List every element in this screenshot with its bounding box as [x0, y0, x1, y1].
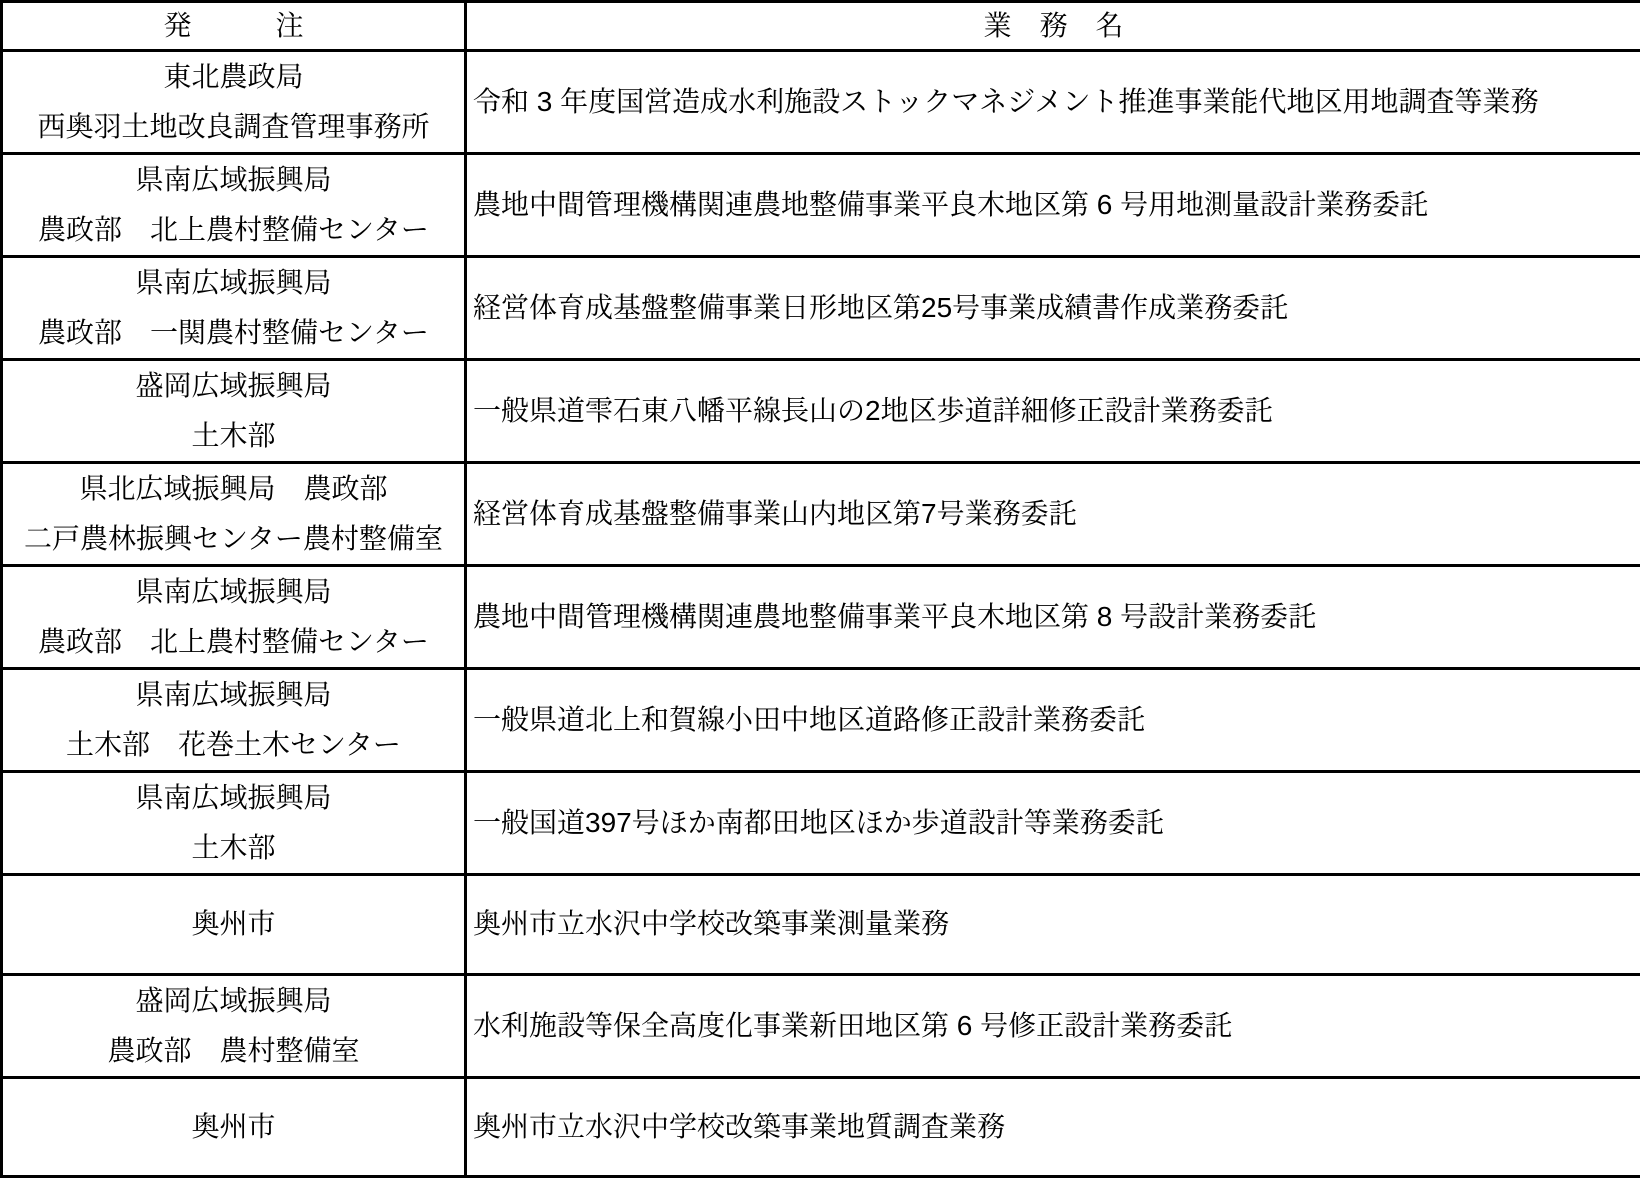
task-cell: 経営体育成基盤整備事業日形地区第25号事業成績書作成業務委託	[466, 257, 1640, 360]
client-line: 西奥羽土地改良調査管理事務所	[7, 102, 460, 152]
client-cell: 盛岡広域振興局農政部 農村整備室	[2, 974, 466, 1077]
client-cell: 県南広域振興局農政部 北上農村整備センター	[2, 566, 466, 669]
task-name: 奥州市立水沢中学校改築事業地質調査業務	[473, 1110, 1634, 1144]
client-line: 県南広域振興局	[7, 258, 460, 308]
task-name: 経営体育成基盤整備事業日形地区第25号事業成績書作成業務委託	[473, 291, 1634, 325]
task-name: 一般国道397号ほか南都田地区ほか歩道設計等業務委託	[473, 806, 1634, 840]
table-row: 奥州市 奥州市立水沢中学校改築事業地質調査業務	[2, 1077, 1640, 1177]
table-row: 盛岡広域振興局農政部 農村整備室 水利施設等保全高度化事業新田地区第 6 号修正…	[2, 974, 1640, 1077]
task-cell: 一般県道雫石東八幡平線長山の2地区歩道詳細修正設計業務委託	[466, 360, 1640, 463]
task-name: 奥州市立水沢中学校改築事業測量業務	[473, 907, 1634, 941]
client-line: 県南広域振興局	[7, 773, 460, 823]
table-row: 県南広域振興局土木部 一般国道397号ほか南都田地区ほか歩道設計等業務委託	[2, 772, 1640, 875]
table-row: 県南広域振興局土木部 花巻土木センター 一般県道北上和賀線小田中地区道路修正設計…	[2, 669, 1640, 772]
task-cell: 水利施設等保全高度化事業新田地区第 6 号修正設計業務委託	[466, 974, 1640, 1077]
client-cell: 県南広域振興局土木部 花巻土木センター	[2, 669, 466, 772]
client-line: 農政部 一関農村整備センター	[7, 308, 460, 358]
client-line: 土木部 花巻土木センター	[7, 720, 460, 770]
table-header-row: 発 注 業 務 名	[2, 2, 1640, 51]
procurement-table: 発 注 業 務 名 東北農政局西奥羽土地改良調査管理事務所 令和 3 年度国営造…	[0, 0, 1640, 1178]
client-line: 農政部 北上農村整備センター	[7, 617, 460, 667]
client-cell: 東北農政局西奥羽土地改良調査管理事務所	[2, 51, 466, 154]
task-cell: 一般国道397号ほか南都田地区ほか歩道設計等業務委託	[466, 772, 1640, 875]
client-line: 県北広域振興局 農政部	[7, 464, 460, 514]
table-row: 県南広域振興局農政部 北上農村整備センター 農地中間管理機構関連農地整備事業平良…	[2, 154, 1640, 257]
task-cell: 奥州市立水沢中学校改築事業地質調査業務	[466, 1077, 1640, 1177]
client-line: 農政部 北上農村整備センター	[7, 205, 460, 255]
client-line: 土木部	[7, 823, 460, 873]
table-row: 県南広域振興局農政部 北上農村整備センター 農地中間管理機構関連農地整備事業平良…	[2, 566, 1640, 669]
client-line: 県南広域振興局	[7, 567, 460, 617]
task-name: 一般県道雫石東八幡平線長山の2地区歩道詳細修正設計業務委託	[473, 394, 1634, 428]
column-header-task: 業 務 名	[466, 2, 1640, 51]
client-line: 盛岡広域振興局	[7, 361, 460, 411]
client-line: 奥州市	[7, 1102, 460, 1152]
client-line: 県南広域振興局	[7, 670, 460, 720]
client-cell: 盛岡広域振興局土木部	[2, 360, 466, 463]
client-line: 土木部	[7, 411, 460, 461]
table-row: 東北農政局西奥羽土地改良調査管理事務所 令和 3 年度国営造成水利施設ストックマ…	[2, 51, 1640, 154]
table-row: 奥州市 奥州市立水沢中学校改築事業測量業務	[2, 875, 1640, 975]
client-cell: 奥州市	[2, 1077, 466, 1177]
client-line: 奥州市	[7, 899, 460, 949]
task-cell: 経営体育成基盤整備事業山内地区第7号業務委託	[466, 463, 1640, 566]
task-cell: 農地中間管理機構関連農地整備事業平良木地区第 6 号用地測量設計業務委託	[466, 154, 1640, 257]
table-row: 盛岡広域振興局土木部 一般県道雫石東八幡平線長山の2地区歩道詳細修正設計業務委託	[2, 360, 1640, 463]
task-cell: 一般県道北上和賀線小田中地区道路修正設計業務委託	[466, 669, 1640, 772]
client-line: 農政部 農村整備室	[7, 1026, 460, 1076]
task-cell: 農地中間管理機構関連農地整備事業平良木地区第 8 号設計業務委託	[466, 566, 1640, 669]
table-row: 県北広域振興局 農政部二戸農林振興センター農村整備室 経営体育成基盤整備事業山内…	[2, 463, 1640, 566]
client-cell: 県南広域振興局農政部 一関農村整備センター	[2, 257, 466, 360]
client-cell: 県北広域振興局 農政部二戸農林振興センター農村整備室	[2, 463, 466, 566]
client-cell: 県南広域振興局土木部	[2, 772, 466, 875]
client-line: 盛岡広域振興局	[7, 976, 460, 1026]
task-cell: 令和 3 年度国営造成水利施設ストックマネジメント推進事業能代地区用地調査等業務	[466, 51, 1640, 154]
client-line: 二戸農林振興センター農村整備室	[7, 514, 460, 564]
client-cell: 奥州市	[2, 875, 466, 975]
task-cell: 奥州市立水沢中学校改築事業測量業務	[466, 875, 1640, 975]
client-cell: 県南広域振興局農政部 北上農村整備センター	[2, 154, 466, 257]
task-name: 令和 3 年度国営造成水利施設ストックマネジメント推進事業能代地区用地調査等業務	[473, 85, 1634, 119]
column-header-client: 発 注	[2, 2, 466, 51]
task-name: 経営体育成基盤整備事業山内地区第7号業務委託	[473, 497, 1634, 531]
table-row: 県南広域振興局農政部 一関農村整備センター 経営体育成基盤整備事業日形地区第25…	[2, 257, 1640, 360]
client-line: 県南広域振興局	[7, 155, 460, 205]
task-name: 農地中間管理機構関連農地整備事業平良木地区第 8 号設計業務委託	[473, 600, 1634, 634]
task-name: 一般県道北上和賀線小田中地区道路修正設計業務委託	[473, 703, 1634, 737]
client-line: 東北農政局	[7, 52, 460, 102]
task-name: 農地中間管理機構関連農地整備事業平良木地区第 6 号用地測量設計業務委託	[473, 188, 1634, 222]
task-name: 水利施設等保全高度化事業新田地区第 6 号修正設計業務委託	[473, 1009, 1634, 1043]
